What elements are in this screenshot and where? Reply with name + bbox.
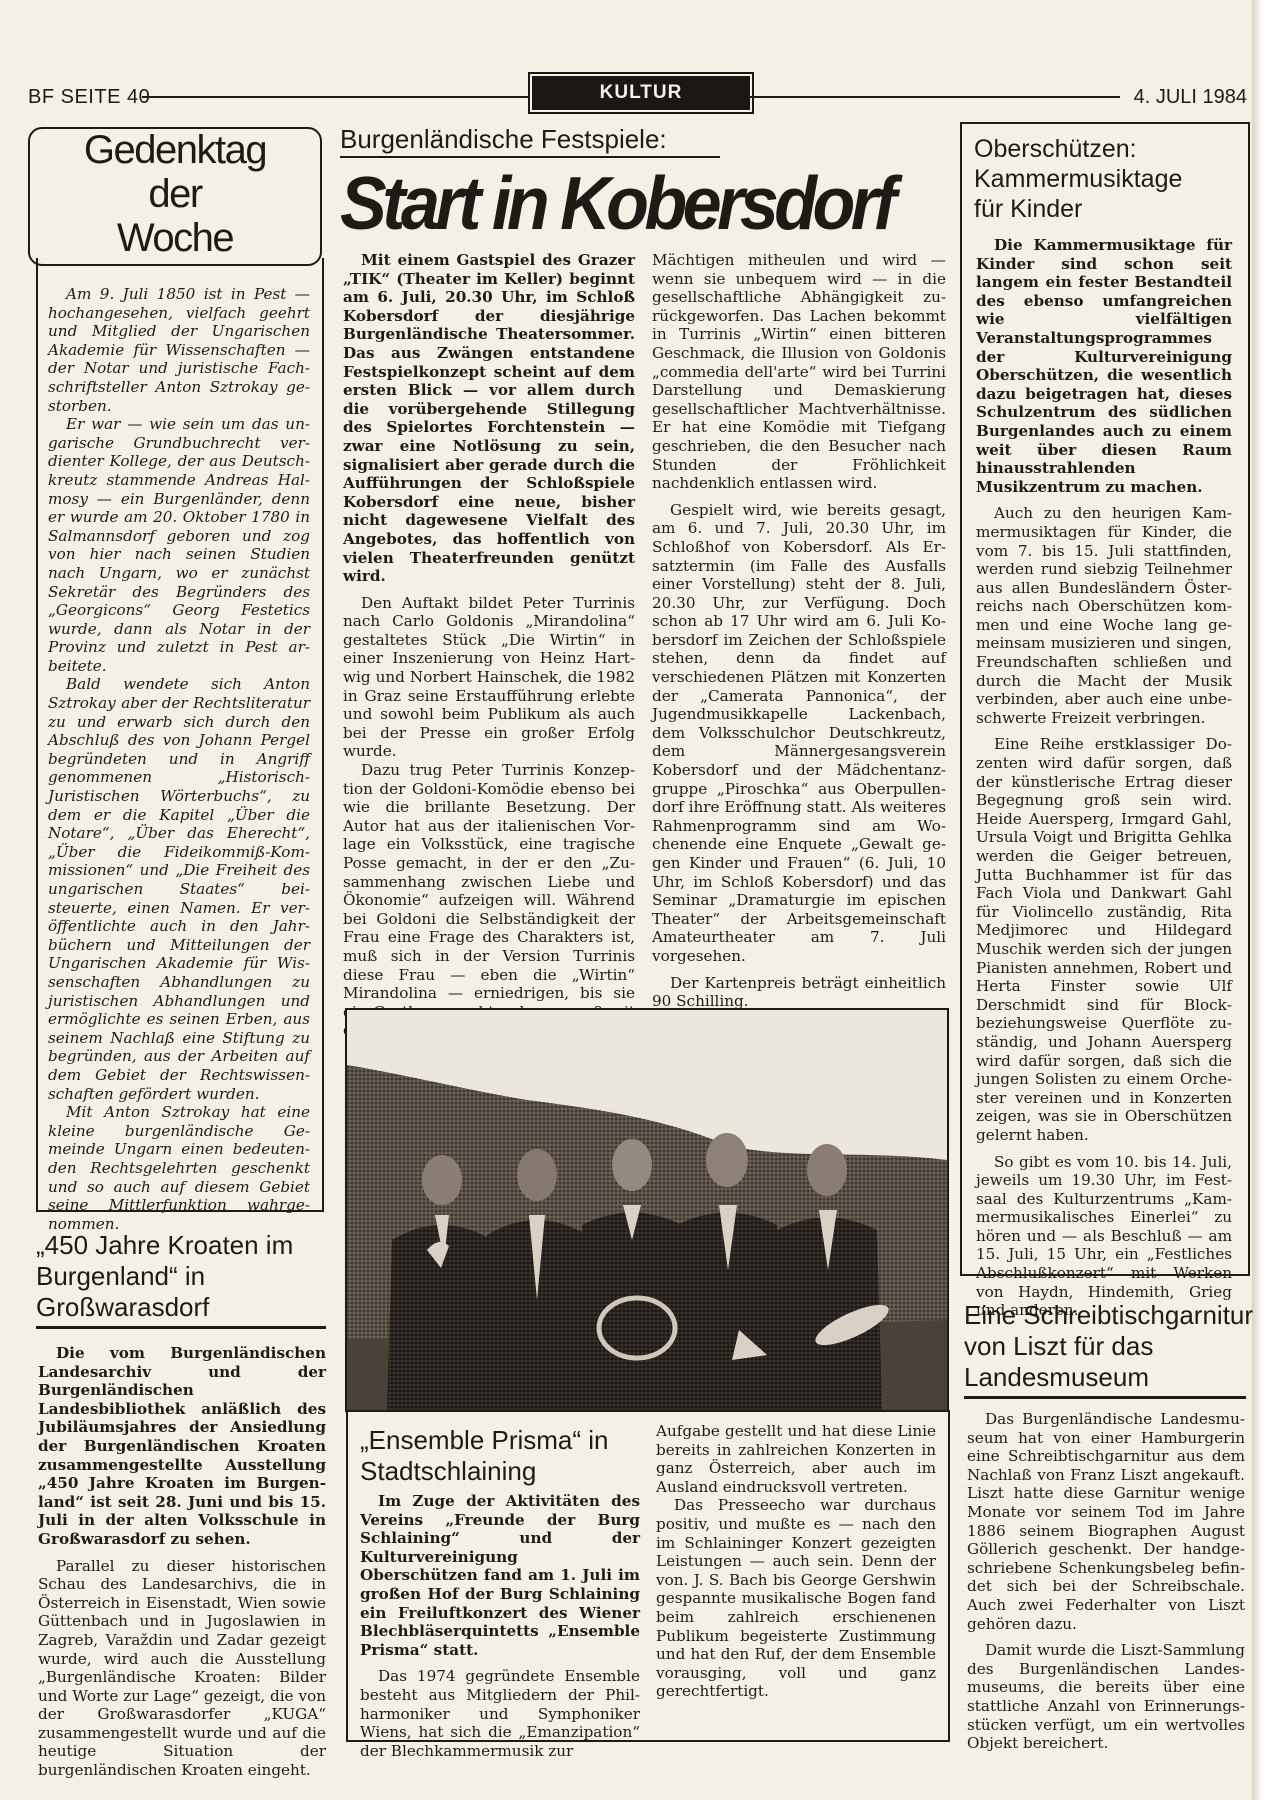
kobersdorf-column-2: Mächtigen mitheulen und wird — wenn sie …	[652, 251, 946, 1011]
gedenktag-article-body: Am 9. Juli 1850 ist in Pest — hochangese…	[48, 285, 310, 1233]
kobersdorf-headline: Start in Kobersdorf	[340, 160, 960, 246]
kicker-rule	[340, 156, 720, 158]
lead-paragraph: Die Kammermusiktage für Kinder sind scho…	[976, 236, 1232, 496]
lead-paragraph: Mit einem Gastspiel des Grazer „TIK“ (Th…	[343, 251, 635, 586]
headline-line: Kammermusiktage	[974, 164, 1234, 194]
gedenktag-title: Gedenktag der Woche	[28, 128, 322, 260]
kobersdorf-kicker: Burgenländische Festspiele:	[340, 124, 667, 155]
paragraph: Das 1974 gegründete Ensemble besteht aus…	[360, 1667, 640, 1760]
lead-paragraph: Die vom Burgenländischen Lan­desarchiv u…	[38, 1344, 326, 1549]
prisma-column-2: Aufgabe gestellt und hat diese Li­nie be…	[656, 1422, 936, 1701]
paragraph: So gibt es vom 10. bis 14. Juli, jeweils…	[976, 1153, 1232, 1320]
kroaten-rule	[36, 1326, 326, 1329]
paragraph: Eine Reihe erstklassiger Do­zenten wird …	[976, 735, 1232, 1144]
header-rule-right	[748, 96, 1120, 98]
paragraph: Parallel zu dieser historischen Schau de…	[38, 1557, 326, 1780]
headline-line: Oberschützen:	[974, 134, 1234, 164]
liszt-headline: Eine Schreibtisch­garnitur von Liszt für…	[964, 1300, 1254, 1393]
liszt-article-body: Das Burgenländische Landesmu­seum hat vo…	[967, 1410, 1245, 1753]
paragraph: Damit wurde die Liszt-Samm­lung des Burg…	[967, 1641, 1245, 1753]
paragraph: Bald wendete sich Anton Sztrokay aber de…	[48, 675, 310, 1103]
section-label: KULTUR	[532, 76, 750, 110]
paragraph: Dazu trug Peter Turrinis Konzep­tion der…	[343, 761, 635, 1040]
paragraph: Mächtigen mitheulen und wird — wenn sie …	[652, 251, 946, 493]
paragraph: Mit Anton Sztrokay hat eine kleine burge…	[48, 1103, 310, 1233]
page-label: BF SEITE 40	[28, 86, 150, 109]
paragraph: Der Kartenpreis beträgt einheit­lich 90 …	[652, 974, 946, 1011]
kobersdorf-column-1: Mit einem Gastspiel des Grazer „TIK“ (Th…	[343, 251, 635, 1040]
oberschuetzen-headline: Oberschützen: Kammermusiktage für Kinder	[974, 134, 1234, 224]
oberschuetzen-article-body: Die Kammermusiktage für Kinder sind scho…	[976, 236, 1232, 1320]
paragraph: Er war — wie sein um das un­garische Gru…	[48, 415, 310, 675]
prisma-headline: „Ensemble Prisma“ in Stadtschlaining	[360, 1425, 640, 1487]
paragraph: Auch zu den heurigen Kam­mermusiktagen f…	[976, 504, 1232, 727]
kroaten-headline: „450 Jahre Kroaten im Burgenland“ in Gro…	[36, 1230, 326, 1323]
liszt-rule	[964, 1396, 1246, 1399]
issue-date: 4. JULI 1984	[1134, 86, 1247, 109]
paragraph: Das Burgenländische Landesmu­seum hat vo…	[967, 1410, 1245, 1633]
prisma-column-1: Im Zuge der Aktivitäten des Vereins „Fre…	[360, 1492, 640, 1760]
header-rule-left	[142, 96, 532, 98]
ensemble-photo	[345, 1008, 949, 1412]
paragraph: Das Presseecho war durchaus positiv, und…	[656, 1496, 936, 1701]
paragraph: Aufgabe gestellt und hat diese Li­nie be…	[656, 1422, 936, 1496]
lead-paragraph: Im Zuge der Aktivitäten des Vereins „Fre…	[360, 1492, 640, 1659]
headline-line: für Kinder	[974, 194, 1234, 224]
paragraph: Den Auftakt bildet Peter Turrinis nach C…	[343, 594, 635, 761]
gedenktag-title-line: Woche	[111, 216, 239, 260]
kroaten-article-body: Die vom Burgenländischen Lan­desarchiv u…	[38, 1344, 326, 1780]
gedenktag-title-line: Gedenktag	[28, 128, 322, 172]
photo-image	[347, 1010, 947, 1410]
paragraph: Am 9. Juli 1850 ist in Pest — hochangese…	[48, 285, 310, 415]
gedenktag-title-line: der	[28, 172, 322, 216]
page-edge	[1252, 0, 1277, 1800]
paragraph: Gespielt wird, wie bereits gesagt, am 6.…	[652, 501, 946, 966]
